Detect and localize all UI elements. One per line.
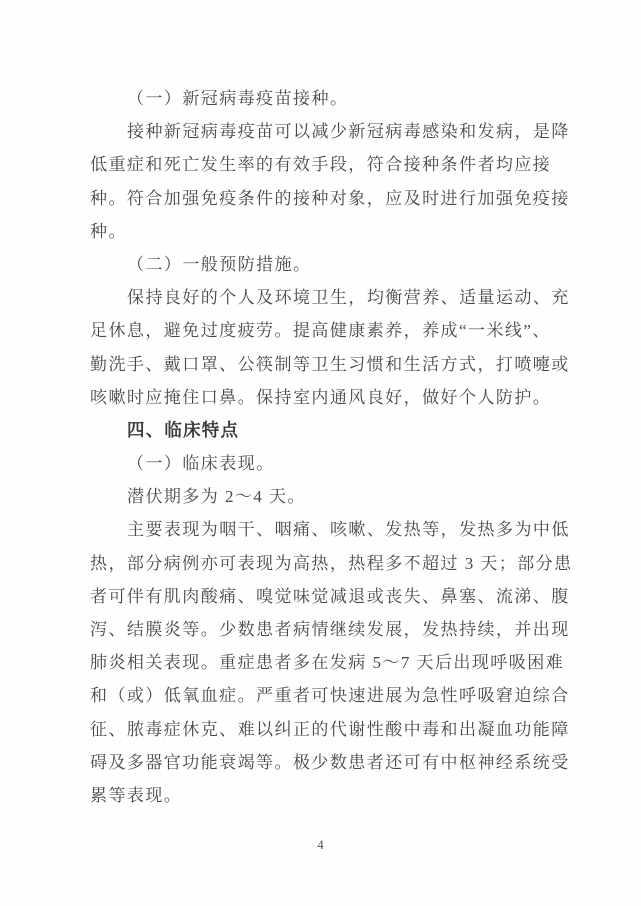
text-line: 足休息，避免过度疲劳。提高健康素养，养成“一米线”、 — [90, 314, 552, 347]
text-line: 种。 — [90, 215, 552, 248]
text-line: 肺炎相关表现。重症患者多在发病 5～7 天后出现呼吸困难 — [90, 646, 552, 679]
page-body: （一）新冠病毒疫苗接种。接种新冠病毒疫苗可以减少新冠病毒感染和发病，是降低重症和… — [90, 82, 552, 812]
text-line: 碍及多器官功能衰竭等。极少数患者还可有中枢神经系统受 — [90, 746, 552, 779]
text-line: （二）一般预防措施。 — [90, 248, 552, 281]
text-line: 潜伏期多为 2～4 天。 — [90, 480, 552, 513]
text-line: 勤洗手、戴口罩、公筷制等卫生习惯和生活方式，打喷嚏或 — [90, 348, 552, 381]
section-heading: 四、临床特点 — [90, 414, 552, 447]
text-line: 热，部分病例亦可表现为高热，热程多不超过 3 天；部分患 — [90, 547, 552, 580]
text-line: 泻、结膜炎等。少数患者病情继续发展，发热持续，并出现 — [90, 613, 552, 646]
text-line: 咳嗽时应掩住口鼻。保持室内通风良好，做好个人防护。 — [90, 381, 552, 414]
page-number: 4 — [0, 838, 641, 853]
document-page: （一）新冠病毒疫苗接种。接种新冠病毒疫苗可以减少新冠病毒感染和发病，是降低重症和… — [0, 0, 641, 906]
text-line: 主要表现为咽干、咽痛、咳嗽、发热等，发热多为中低 — [90, 513, 552, 546]
text-line: 累等表现。 — [90, 779, 552, 812]
text-line: 低重症和死亡发生率的有效手段，符合接种条件者均应接 — [90, 148, 552, 181]
text-line: 接种新冠病毒疫苗可以减少新冠病毒感染和发病，是降 — [90, 115, 552, 148]
text-line: 和（或）低氧血症。严重者可快速进展为急性呼吸窘迫综合 — [90, 679, 552, 712]
text-line: 种。符合加强免疫条件的接种对象，应及时进行加强免疫接 — [90, 182, 552, 215]
text-line: （一）临床表现。 — [90, 447, 552, 480]
text-line: 者可伴有肌肉酸痛、嗅觉味觉减退或丧失、鼻塞、流涕、腹 — [90, 580, 552, 613]
text-line: （一）新冠病毒疫苗接种。 — [90, 82, 552, 115]
text-line: 保持良好的个人及环境卫生，均衡营养、适量运动、充 — [90, 281, 552, 314]
text-line: 征、脓毒症休克、难以纠正的代谢性酸中毒和出凝血功能障 — [90, 713, 552, 746]
